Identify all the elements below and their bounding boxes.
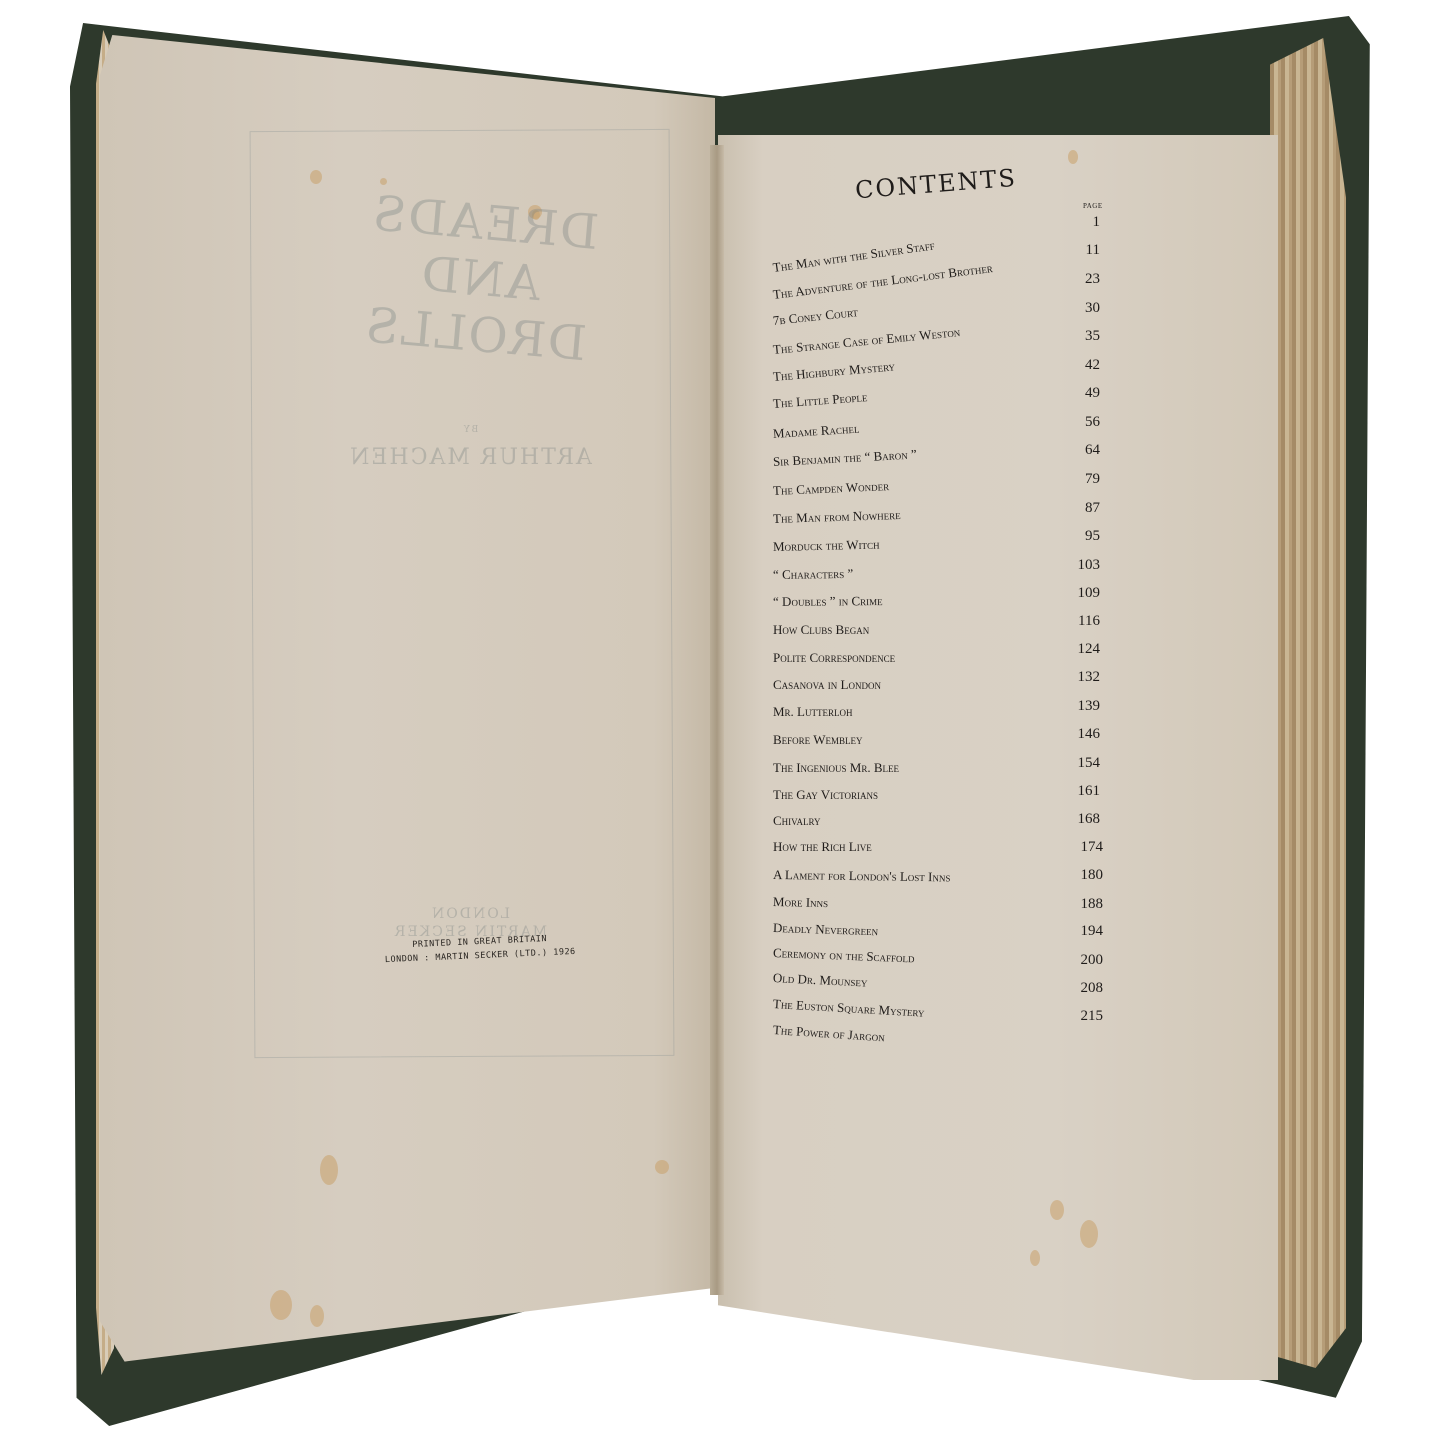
contents-entry-title: “ Characters ” [773, 566, 853, 583]
contents-entry-title: Morduck the Witch [773, 537, 880, 555]
contents-entry-page: 139 [1060, 698, 1100, 715]
gutter [710, 145, 724, 1295]
contents-entry-page: 168 [1060, 811, 1100, 828]
contents-entry-title: More Inns [773, 894, 828, 911]
contents-entry-title: How Clubs Began [773, 622, 869, 638]
fore-edge [1270, 38, 1346, 1368]
contents-entry-title: How the Rich Live [773, 839, 872, 855]
contents-entry-page: 64 [1060, 442, 1100, 459]
page-column-label: PAGE [1083, 202, 1103, 210]
show-through-by: BY [440, 425, 500, 435]
contents-entry-page: 194 [1063, 923, 1103, 940]
contents-entry-page: 154 [1060, 755, 1100, 772]
contents-entry-page: 174 [1063, 839, 1103, 856]
contents-entry-title: The Ingenious Mr. Blee [773, 760, 899, 776]
contents-entry-title: Chivalry [773, 813, 821, 829]
foxing-spot [655, 1160, 669, 1174]
contents-entry-page: 87 [1060, 500, 1100, 517]
contents-entry-page: 56 [1060, 414, 1100, 431]
contents-entry-title: “ Doubles ” in Crime [773, 593, 883, 610]
contents-entry-page: 11 [1060, 242, 1100, 259]
contents-entry-page: 49 [1060, 385, 1100, 402]
foxing-spot [1080, 1220, 1098, 1248]
contents-entry-page: 95 [1060, 528, 1100, 545]
contents-entry-page: 23 [1060, 271, 1100, 288]
contents-entry-page: 124 [1060, 641, 1100, 658]
contents-entry-page: 180 [1063, 867, 1103, 884]
show-through-publisher-line-1: LONDON [360, 905, 580, 923]
contents-entry-title: Before Wembley [773, 732, 862, 748]
contents-entry-page: 35 [1060, 328, 1100, 345]
contents-entry-title: Mr. Lutterloh [773, 704, 853, 720]
foxing-spot [310, 1305, 324, 1327]
contents-entry-page: 79 [1060, 471, 1100, 488]
contents-entry-page: 215 [1063, 1008, 1103, 1025]
show-through-author: ARTHUR MACHEN [320, 445, 620, 470]
contents-entry-page: 103 [1060, 557, 1100, 574]
contents-entry-page: 146 [1060, 726, 1100, 743]
contents-entry-page: 200 [1063, 952, 1103, 969]
contents-entry-page: 42 [1060, 357, 1100, 374]
contents-entry-title: The Gay Victorians [773, 787, 878, 803]
show-through-title: DREADS AND DROLLS [293, 180, 666, 379]
contents-entry-title: Polite Correspondence [773, 650, 895, 666]
foxing-spot [1050, 1200, 1064, 1220]
first-page-number: 1 [1060, 214, 1100, 231]
foxing-spot [1068, 150, 1078, 164]
foxing-spot [1030, 1250, 1040, 1266]
contents-entry-page: 109 [1060, 585, 1100, 602]
contents-entry-page: 116 [1060, 613, 1100, 630]
contents-entry-title: Casanova in London [773, 677, 881, 693]
contents-entry-page: 188 [1063, 896, 1103, 913]
foxing-spot [270, 1290, 292, 1320]
contents-entry-title: A Lament for London's Lost Inns [773, 867, 951, 885]
contents-entry-title: Deadly Nevergreen [773, 920, 879, 939]
contents-entry-page: 208 [1063, 980, 1103, 997]
contents-entry-page: 161 [1060, 783, 1100, 800]
contents-entry-page: 30 [1060, 300, 1100, 317]
foxing-spot [320, 1155, 338, 1185]
contents-entry-page: 132 [1060, 669, 1100, 686]
